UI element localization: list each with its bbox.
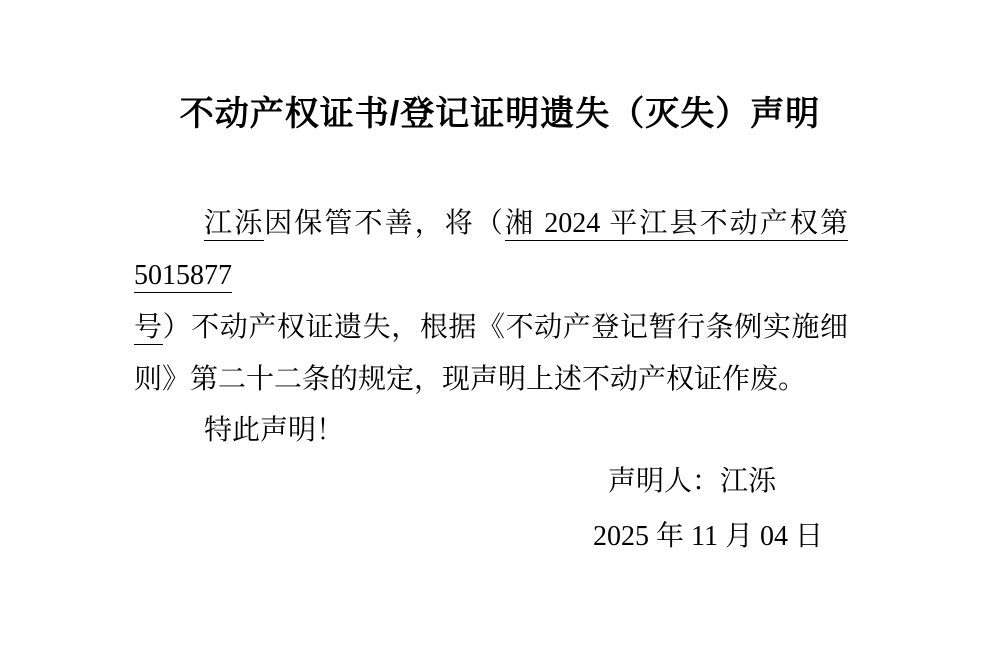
paragraph-line-2-text: ）不动产权证遗失，根据《不动产登记暂行条例实施细 xyxy=(163,312,848,343)
paragraph-line-3-text: 则》第二十二条的规定，现声明上述不动产权证作废。 xyxy=(134,364,806,395)
document-title: 不动产权证书/登记证明遗失（灭失）声明 xyxy=(0,92,1000,136)
declarant-label: 声明人： xyxy=(608,466,720,497)
paragraph-line-1-text: 因保管不善，将（ xyxy=(264,208,505,239)
declarant-name: 江泺 xyxy=(720,466,776,497)
paragraph-line-3: 则》第二十二条的规定，现声明上述不动产权证作废。 xyxy=(134,354,848,406)
declarant-line: 声明人：江泺 xyxy=(608,456,776,508)
certificate-number-suffix-underlined: 号 xyxy=(134,312,163,345)
paragraph-line-1: 江泺因保管不善，将（湘 2024 平江县不动产权第 5015877 xyxy=(134,198,848,302)
date-line: 2025 年 11 月 04 日 xyxy=(593,511,823,563)
closing-statement: 特此声明！ xyxy=(204,405,344,457)
body-paragraph: 江泺因保管不善，将（湘 2024 平江县不动产权第 5015877 号）不动产权… xyxy=(134,198,848,406)
paragraph-line-2: 号）不动产权证遗失，根据《不动产登记暂行条例实施细 xyxy=(134,302,848,354)
document-page: 不动产权证书/登记证明遗失（灭失）声明 江泺因保管不善，将（湘 2024 平江县… xyxy=(0,0,1000,649)
declarant-name-underlined: 江泺 xyxy=(204,208,264,241)
